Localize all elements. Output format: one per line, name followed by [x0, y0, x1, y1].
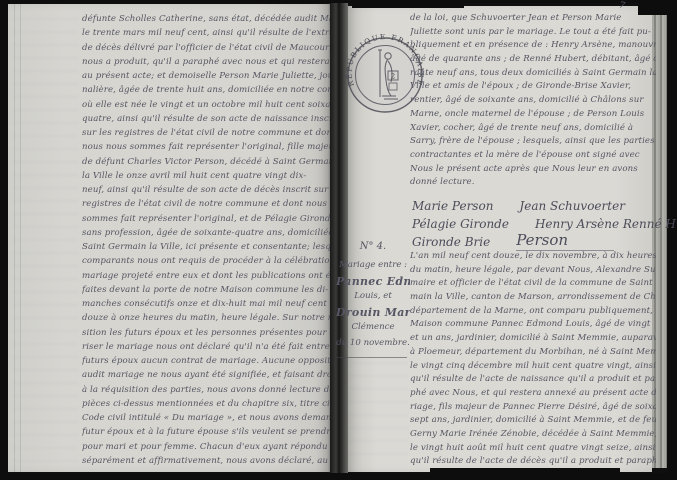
- manuscript-line: futur époux et à la future épouse s'ils …: [82, 425, 330, 439]
- manuscript-line: mariage projeté entre eux et dont les pu…: [82, 269, 330, 283]
- margin-note-line: Mariage entre :: [336, 258, 410, 274]
- manuscript-line: neuf, ainsi qu'il résulte de son acte de…: [82, 183, 330, 197]
- act-number: N° 4.: [336, 240, 410, 258]
- manuscript-line: de la loi, que Schuvoerter Jean et Perso…: [410, 12, 656, 26]
- signature: Pélagie Gironde: [412, 215, 509, 233]
- manuscript-line: le vingt huit août mil huit cent quatre …: [410, 442, 656, 456]
- manuscript-line: séparément et affirmativement, nous avon…: [82, 454, 330, 468]
- manuscript-line: sommes fait représenter l'original, et d…: [82, 212, 330, 226]
- photo-border-right: [667, 0, 677, 480]
- manuscript-line: et un ans, jardinier, domicilié à Saint …: [410, 332, 656, 346]
- manuscript-line: au présent acte; et demoiselle Person Ma…: [82, 69, 330, 83]
- manuscript-line: âgé de quarante ans ; de Renné Hubert, d…: [410, 53, 656, 67]
- manuscript-line: quatre, ainsi qu'il résulte de son acte …: [82, 112, 330, 126]
- manuscript-line: sans profession, âgée de soixante-quatre…: [82, 226, 330, 240]
- margin-note-line: Drouin Marie: [336, 305, 410, 321]
- right-page-act2-text: L'an mil neuf cent douze, le dix novembr…: [410, 250, 656, 472]
- signature: Marie Person: [412, 197, 493, 215]
- manuscript-line: main la Ville, canton de Marson, arrondi…: [410, 291, 656, 305]
- margin-note: N° 4. Mariage entre :Pannec EdmondLouis,…: [336, 240, 410, 351]
- manuscript-line: Ville et amis de l'époux ; de Gironde-Br…: [410, 80, 656, 94]
- signature: Person: [516, 231, 614, 251]
- manuscript-line: le vingt cinq décembre mil huit cent qua…: [410, 360, 656, 374]
- manuscript-line: Juliette sont unis par le mariage. Le to…: [410, 26, 656, 40]
- manuscript-line: le trente mars mil neuf cent, ainsi qu'i…: [82, 26, 330, 40]
- manuscript-line: pour mari et pour femme. Chacun d'eux ay…: [82, 440, 330, 454]
- manuscript-line: Maison commune Pannec Edmond Louis, âgé …: [410, 318, 656, 332]
- left-page-act-text: défunte Scholles Catherine, sans état, d…: [82, 12, 330, 470]
- photo-border-top: [0, 0, 677, 3]
- manuscript-line: de décès délivré par l'officier de l'éta…: [82, 41, 330, 55]
- manuscript-line: à Ploemeur, département du Morbihan, né …: [410, 346, 656, 360]
- manuscript-line: faites devant la porte de notre Maison c…: [82, 283, 330, 297]
- manuscript-line: la Ville le onze avril mil huit cent qua…: [82, 169, 330, 183]
- stamp-denomination: 2: [391, 73, 395, 81]
- manuscript-line: L'an mil neuf cent douze, le dix novembr…: [410, 250, 656, 264]
- manuscript-line: manches consécutifs onze et dix-huit mai…: [82, 297, 330, 311]
- manuscript-line: Sarry, frère de l'épouse ; lesquels, ain…: [410, 135, 656, 149]
- manuscript-line: nous nous sommes fait représenter l'orig…: [82, 140, 330, 154]
- manuscript-line: à la réquisition des parties, nous avons…: [82, 383, 330, 397]
- ink-bleedthrough: [12, 18, 78, 464]
- manuscript-line: maire et officier de l'état civil de la …: [410, 277, 656, 291]
- photo-border-left: [0, 0, 8, 480]
- manuscript-line: Gerny Marie Irénée Zénobie, décédée à Sa…: [410, 428, 656, 442]
- manuscript-line: Marne, oncle maternel de l'épouse ; de P…: [410, 108, 656, 122]
- manuscript-line: riage, fils majeur de Pannec Pierre Dési…: [410, 401, 656, 415]
- manuscript-line: rante neuf ans, tous deux domiciliés à S…: [410, 67, 656, 81]
- manuscript-line: riser le mariage nous ont déclaré qu'il …: [82, 340, 330, 354]
- signature: Gironde Brie: [412, 233, 490, 251]
- signature: Jean Schuvoerter: [519, 197, 625, 215]
- photo-border-top-notch: [352, 0, 464, 8]
- manuscript-line: Xavier, cocher, âgé de trente neuf ans, …: [410, 122, 656, 136]
- margin-separator-line: [337, 357, 407, 358]
- manuscript-line: audit mariage ne nous ayant été signifié…: [82, 368, 330, 382]
- margin-note-line: Pannec Edmond: [336, 274, 410, 290]
- manuscript-line: contractantes et la mère de l'épouse ont…: [410, 149, 656, 163]
- manuscript-line: Code civil intitulé « Du mariage », et n…: [82, 411, 330, 425]
- signature-block: Marie Person Jean Schuvoerter Pélagie Gi…: [412, 197, 652, 251]
- manuscript-line: du matin, heure légale, par devant Nous,…: [410, 264, 656, 278]
- manuscript-line: pièces ci-dessus mentionnées et du chapi…: [82, 397, 330, 411]
- manuscript-line: bliquement et en présence de : Henry Ars…: [410, 39, 656, 53]
- manuscript-line: donné lecture.: [410, 176, 656, 190]
- manuscript-line: sept ans, jardinier, domicilié à Saint M…: [410, 414, 656, 428]
- ink-bleedthrough: [346, 362, 408, 466]
- manuscript-line: Nous le présent acte après que Nous leur…: [410, 163, 656, 177]
- manuscript-line: département de la Marne, ont comparu pub…: [410, 305, 656, 319]
- manuscript-line: phé avec Nous, et qui restera annexé au …: [410, 387, 656, 401]
- manuscript-line: où elle est née le vingt et un octobre m…: [82, 98, 330, 112]
- signature-row: Gironde Brie Person: [412, 233, 652, 251]
- register-scan: défunte Scholles Catherine, sans état, d…: [0, 0, 677, 480]
- right-page-act1-text: de la loi, que Schuvoerter Jean et Perso…: [410, 12, 656, 192]
- margin-note-line: du 10 novembre.: [336, 336, 410, 352]
- manuscript-line: registres de l'état civil de notre commu…: [82, 197, 330, 211]
- manuscript-line: futurs époux aucun contrat de mariage. A…: [82, 354, 330, 368]
- manuscript-line: nalière, âgée de trente huit ans, domici…: [82, 83, 330, 97]
- manuscript-line: défunte Scholles Catherine, sans état, d…: [82, 12, 330, 26]
- manuscript-line: Saint Germain la Ville, ici présente et …: [82, 240, 330, 254]
- margin-note-line: Clémence: [336, 320, 410, 336]
- manuscript-line: rentier, âgé de soixante ans, domicilié …: [410, 94, 656, 108]
- manuscript-line: qu'il résulte de l'acte de naissance qu'…: [410, 373, 656, 387]
- signature-row: Marie Person Jean Schuvoerter: [412, 197, 652, 215]
- manuscript-line: sur les registres de l'état civil de not…: [82, 126, 330, 140]
- manuscript-line: qu'il résulte de l'acte de décès qu'il a…: [410, 455, 656, 469]
- margin-note-line: Louis, et: [336, 289, 410, 305]
- manuscript-line: comparants nous ont requis de procéder à…: [82, 254, 330, 268]
- manuscript-line: nous a produit, qu'il a paraphé avec nou…: [82, 55, 330, 69]
- manuscript-line: sition les futurs époux et les personnes…: [82, 326, 330, 340]
- manuscript-line: de défunt Charles Victor Person, décédé …: [82, 155, 330, 169]
- manuscript-line: douze à onze heures du matin, heure léga…: [82, 311, 330, 325]
